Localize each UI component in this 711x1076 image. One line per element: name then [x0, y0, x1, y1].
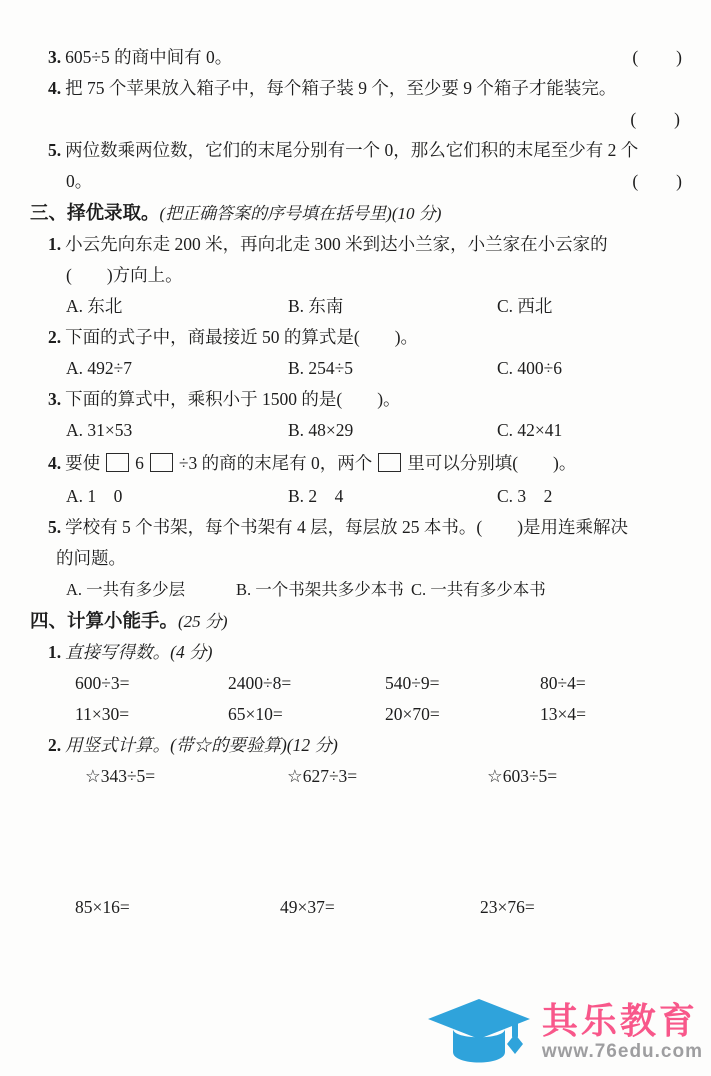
sub-number: 1. — [48, 642, 61, 662]
question-number: 4. — [48, 453, 61, 473]
judge-item: 4.把 75 个苹果放入箱子中，每个箱子装 9 个，至少要 9 个箱子才能装完。 — [30, 73, 685, 104]
question-number: 5. — [48, 517, 61, 537]
question-text: 下面的式子中，商最接近 50 的算式是( )。 — [65, 327, 418, 347]
section-note: (25 分) — [178, 612, 228, 631]
vertical-calc-row-starred: ☆343÷5= ☆627÷3= ☆603÷5= — [30, 761, 685, 792]
item-number: 5. — [48, 140, 61, 160]
calc-sub2-heading: 2.用竖式计算。(带☆的要验算)(12 分) — [30, 730, 685, 761]
question-text: 下面的算式中，乘积小于 1500 的是( )。 — [65, 389, 400, 409]
graduation-cap-icon — [424, 990, 536, 1074]
question-number: 1. — [48, 234, 61, 254]
choice-question-1: 1.小云先向东走 200 米，再向北走 300 米到达小兰家，小兰家在小云家的 — [30, 229, 685, 260]
question-text: 小云先向东走 200 米，再向北走 300 米到达小兰家，小兰家在小云家的 — [65, 234, 608, 254]
starred-equation: ☆343÷5= — [85, 761, 287, 792]
choice-question-1-options: A. 东北 B. 东南 C. 西北 — [30, 291, 685, 322]
equation: 600÷3= — [75, 668, 228, 699]
equation: 20×70= — [385, 699, 540, 730]
sub-note: (带☆的要验算)(12 分) — [170, 735, 338, 755]
option-a: A. 东北 — [66, 291, 288, 322]
equation: 11×30= — [75, 699, 228, 730]
blank-box — [378, 453, 401, 472]
question-text: 6 — [135, 453, 144, 473]
publisher-url: www.76edu.com — [542, 1041, 703, 1062]
equation: 65×10= — [228, 699, 385, 730]
choice-question-1-continuation: ( )方向上。 — [30, 260, 685, 291]
option-b: B. 254÷5 — [288, 353, 497, 384]
choice-question-4: 4.要使6÷3 的商的末尾有 0，两个里可以分别填( )。 — [30, 446, 685, 481]
choice-question-5: 5.学校有 5 个书架，每个书架有 4 层，每层放 25 本书。( )是用连乘解… — [30, 512, 685, 543]
vertical-calc-row-bottom: 85×16= 49×37= 23×76= — [30, 892, 685, 923]
choice-question-5-options: A. 一共有多少层 B. 一个书架共多少本书 C. 一共有多少本书 — [30, 574, 685, 605]
direct-calc-row-2: 11×30= 65×10= 20×70= 13×4= — [30, 699, 685, 730]
question-text: 里可以分别填( )。 — [407, 453, 576, 473]
item-number: 4. — [48, 78, 61, 98]
blank-box — [106, 453, 129, 472]
section-heading-choice: 三、择优录取。(把正确答案的序号填在括号里)(10 分) — [30, 197, 685, 229]
question-text: 的问题。 — [56, 548, 126, 568]
option-b: B. 东南 — [288, 291, 497, 322]
option-c: C. 400÷6 — [497, 353, 685, 384]
equation: 540÷9= — [385, 668, 540, 699]
item-number: 3. — [48, 47, 61, 67]
judge-item: 5.两位数乘两位数，它们的末尾分别有一个 0，那么它们积的末尾至少有 2 个 — [30, 135, 685, 166]
sub-number: 2. — [48, 735, 61, 755]
option-a: A. 31×53 — [66, 415, 288, 446]
option-a: A. 一共有多少层 — [66, 574, 236, 605]
choice-question-3-options: A. 31×53 B. 48×29 C. 42×41 — [30, 415, 685, 446]
section-heading-calc: 四、计算小能手。(25 分) — [30, 605, 685, 637]
item-text: 两位数乘两位数，它们的末尾分别有一个 0，那么它们积的末尾至少有 2 个 — [65, 140, 638, 160]
worksheet-content: 3.605÷5 的商中间有 0。 ( ) 4.把 75 个苹果放入箱子中，每个箱… — [0, 0, 711, 923]
option-c: C. 3 2 — [497, 481, 685, 512]
question-text: 要使 — [65, 453, 100, 473]
blank-box — [150, 453, 173, 472]
calc-sub1-heading: 1.直接写得数。(4 分) — [30, 637, 685, 668]
equation: 13×4= — [540, 699, 685, 730]
option-a: A. 1 0 — [66, 481, 288, 512]
item-text: 把 75 个苹果放入箱子中，每个箱子装 9 个，至少要 9 个箱子才能装完。 — [65, 78, 616, 98]
answer-paren: ( ) — [632, 166, 685, 197]
option-b: B. 2 4 — [288, 481, 497, 512]
worksheet-page: 3.605÷5 的商中间有 0。 ( ) 4.把 75 个苹果放入箱子中，每个箱… — [0, 0, 711, 1076]
item-text: 605÷5 的商中间有 0。 — [65, 47, 232, 67]
answer-paren: ( ) — [630, 109, 683, 129]
section-note: (把正确答案的序号填在括号里)(10 分) — [160, 204, 442, 223]
choice-question-3: 3.下面的算式中，乘积小于 1500 的是( )。 — [30, 384, 685, 415]
section-title: 三、择优录取。 — [30, 202, 160, 223]
answer-paren: ( ) — [632, 42, 685, 73]
item-text: 0。 — [66, 166, 92, 197]
option-b: B. 一个书架共多少本书 — [236, 574, 411, 605]
question-text: ( )方向上。 — [66, 265, 183, 285]
equation: 80÷4= — [540, 668, 685, 699]
option-c: C. 一共有多少本书 — [411, 574, 685, 605]
publisher-logo-text: 其乐教育 www.76edu.com — [542, 1002, 703, 1062]
equation: 23×76= — [480, 892, 685, 923]
choice-question-4-options: A. 1 0 B. 2 4 C. 3 2 — [30, 481, 685, 512]
starred-equation: ☆603÷5= — [487, 761, 685, 792]
sub-text: 直接写得数。 — [65, 642, 170, 662]
choice-question-5-continuation: 的问题。 — [30, 543, 685, 574]
direct-calc-row-1: 600÷3= 2400÷8= 540÷9= 80÷4= — [30, 668, 685, 699]
option-c: C. 42×41 — [497, 415, 685, 446]
judge-item: 3.605÷5 的商中间有 0。 ( ) — [30, 42, 685, 73]
option-b: B. 48×29 — [288, 415, 497, 446]
answer-paren-line: ( ) — [30, 104, 685, 135]
equation: 49×37= — [280, 892, 480, 923]
question-number: 3. — [48, 389, 61, 409]
starred-equation: ☆627÷3= — [287, 761, 487, 792]
choice-question-2-options: A. 492÷7 B. 254÷5 C. 400÷6 — [30, 353, 685, 384]
publisher-name: 其乐教育 — [542, 1002, 698, 1040]
choice-question-2: 2.下面的式子中，商最接近 50 的算式是( )。 — [30, 322, 685, 353]
section-title: 四、计算小能手。 — [30, 610, 178, 631]
equation: 2400÷8= — [228, 668, 385, 699]
equation: 85×16= — [75, 892, 280, 923]
judge-item-text: 3.605÷5 的商中间有 0。 — [48, 42, 232, 73]
option-c: C. 西北 — [497, 291, 685, 322]
question-number: 2. — [48, 327, 61, 347]
question-text: ÷3 的商的末尾有 0，两个 — [179, 453, 372, 473]
sub-text: 用竖式计算。 — [65, 735, 170, 755]
question-text: 学校有 5 个书架，每个书架有 4 层，每层放 25 本书。( )是用连乘解决 — [65, 517, 628, 537]
sub-note: (4 分) — [170, 642, 212, 662]
publisher-logo: 其乐教育 www.76edu.com — [424, 990, 703, 1074]
judge-item-continuation: 0。 ( ) — [30, 166, 685, 197]
option-a: A. 492÷7 — [66, 353, 288, 384]
